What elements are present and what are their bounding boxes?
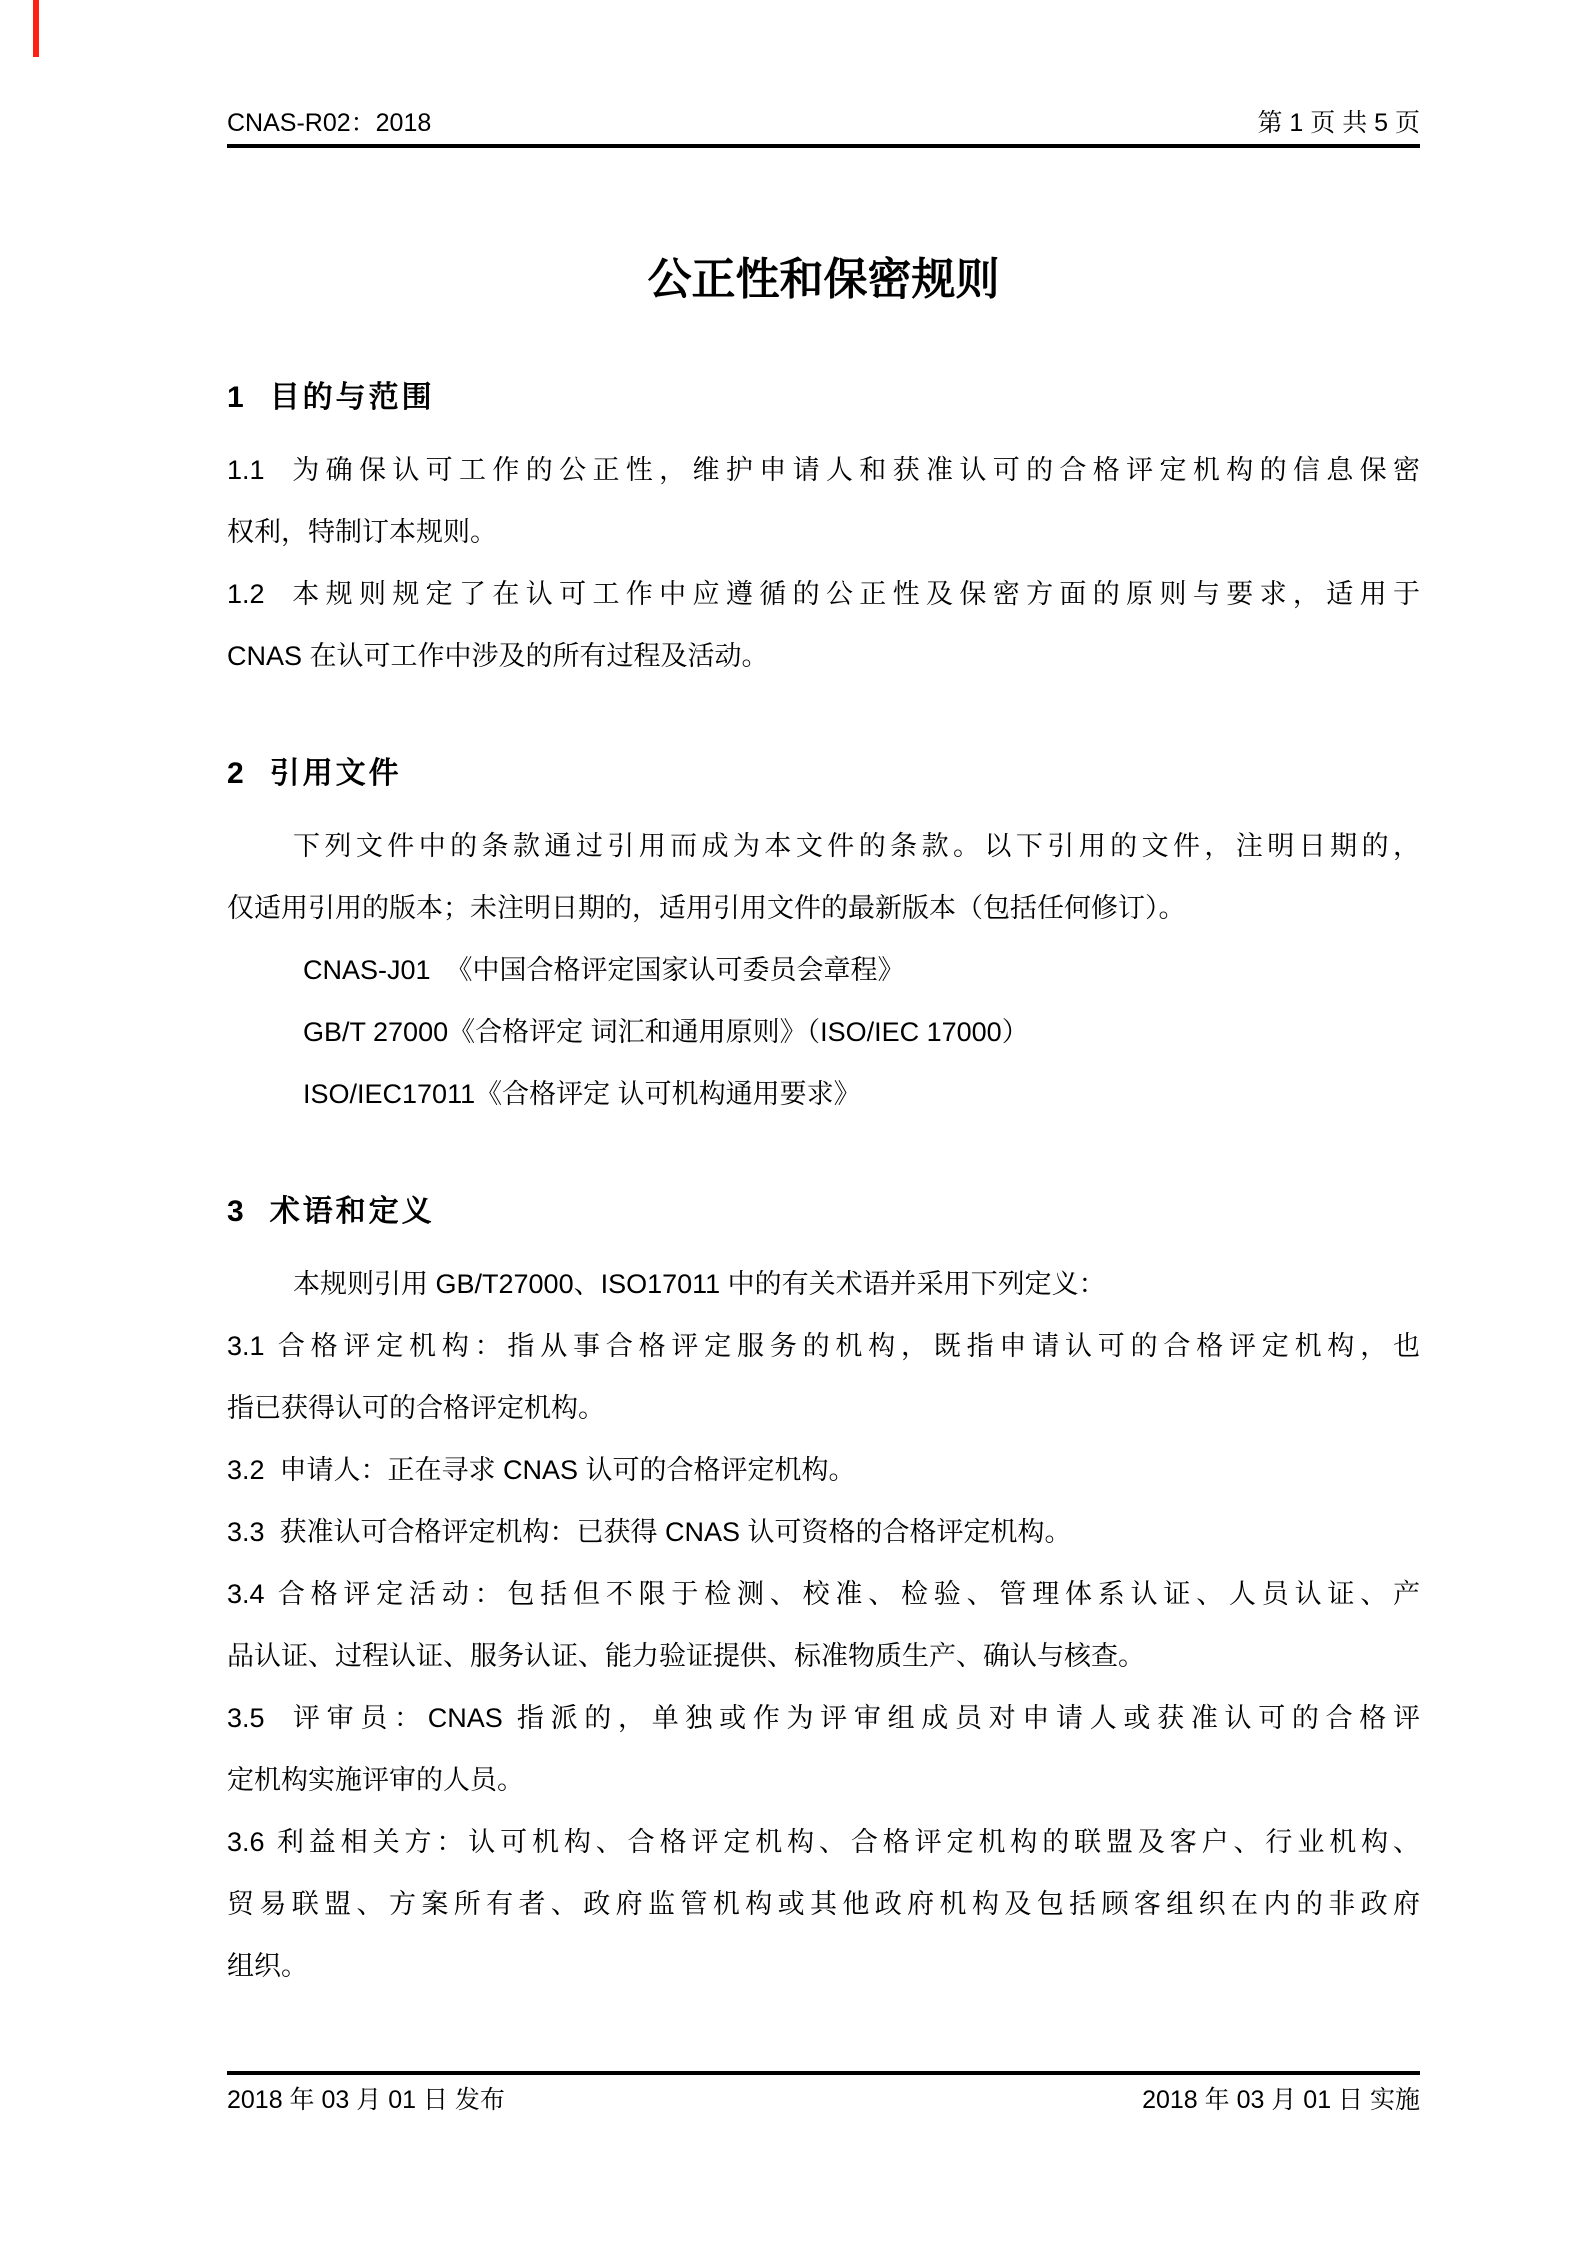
text-line: 3.4 合格评定活动：包括但不限于检测、校准、检验、管理体系认证、人员认证、产 <box>227 1563 1420 1625</box>
paragraph: 3.5 评审员：CNAS 指派的，单独或作为评审组成员对申请人或获准认可的合格评… <box>227 1687 1420 1811</box>
text-line: 下列文件中的条款通过引用而成为本文件的条款。以下引用的文件，注明日期的， <box>227 815 1420 877</box>
document-title: 公正性和保密规则 <box>227 249 1420 311</box>
red-edge-mark <box>33 0 39 57</box>
section-title: 引用文件 <box>270 757 402 790</box>
document-blocks: 1目的与范围1.1 为确保认可工作的公正性，维护申请人和获准认可的合格评定机构的… <box>227 367 1420 1997</box>
reference-line: GB/T 27000《合格评定 词汇和通用原则》（ISO/IEC 17000） <box>227 1001 1420 1063</box>
paragraph: 3.1 合格评定机构：指从事合格评定服务的机构，既指申请认可的合格评定机构，也指… <box>227 1315 1420 1439</box>
text-line: 1.2 本规则规定了在认可工作中应遵循的公正性及保密方面的原则与要求，适用于 <box>227 563 1420 625</box>
reference-line: CNAS-J01 《中国合格评定国家认可委员会章程》 <box>227 939 1420 1001</box>
page-header: CNAS-R02：2018 第 1 页 共 5 页 <box>227 104 1420 148</box>
text-line: 3.6 利益相关方：认可机构、合格评定机构、合格评定机构的联盟及客户、行业机构、 <box>227 1811 1420 1873</box>
page-number: 第 1 页 共 5 页 <box>1257 104 1420 142</box>
text-line: 指已获得认可的合格评定机构。 <box>227 1377 1420 1439</box>
section-heading: 1目的与范围 <box>227 367 1420 429</box>
paragraph: 3.3 获准认可合格评定机构：已获得 CNAS 认可资格的合格评定机构。 <box>227 1501 1420 1563</box>
section-heading: 2引用文件 <box>227 743 1420 805</box>
text-line: CNAS 在认可工作中涉及的所有过程及活动。 <box>227 625 1420 687</box>
page-footer: 2018 年 03 月 01 日 发布 2018 年 03 月 01 日 实施 <box>227 2071 1420 2117</box>
paragraph: 3.2 申请人：正在寻求 CNAS 认可的合格评定机构。 <box>227 1439 1420 1501</box>
footer-implementation-date: 2018 年 03 月 01 日 实施 <box>1142 2083 1420 2117</box>
section-number: 2 <box>227 757 244 790</box>
paragraph: 3.6 利益相关方：认可机构、合格评定机构、合格评定机构的联盟及客户、行业机构、… <box>227 1811 1420 1997</box>
text-line: 本规则引用 GB/T27000、ISO17011 中的有关术语并采用下列定义： <box>227 1253 1420 1315</box>
document-body: 公正性和保密规则 1目的与范围1.1 为确保认可工作的公正性，维护申请人和获准认… <box>227 249 1420 1997</box>
text-line: 1.1 为确保认可工作的公正性，维护申请人和获准认可的合格评定机构的信息保密 <box>227 439 1420 501</box>
text-line: 组织。 <box>227 1935 1420 1997</box>
text-line: 仅适用引用的版本；未注明日期的，适用引用文件的最新版本（包括任何修订）。 <box>227 877 1420 939</box>
text-line: 3.2 申请人：正在寻求 CNAS 认可的合格评定机构。 <box>227 1439 1420 1501</box>
section-title: 目的与范围 <box>270 381 435 414</box>
section-number: 3 <box>227 1195 244 1228</box>
paragraph: 1.2 本规则规定了在认可工作中应遵循的公正性及保密方面的原则与要求，适用于CN… <box>227 563 1420 687</box>
doc-code: CNAS-R02：2018 <box>227 104 431 142</box>
text-line: 3.3 获准认可合格评定机构：已获得 CNAS 认可资格的合格评定机构。 <box>227 1501 1420 1563</box>
text-line: 定机构实施评审的人员。 <box>227 1749 1420 1811</box>
text-line: 3.5 评审员：CNAS 指派的，单独或作为评审组成员对申请人或获准认可的合格评 <box>227 1687 1420 1749</box>
paragraph: 1.1 为确保认可工作的公正性，维护申请人和获准认可的合格评定机构的信息保密权利… <box>227 439 1420 563</box>
text-line: 权利，特制订本规则。 <box>227 501 1420 563</box>
footer-release-date: 2018 年 03 月 01 日 发布 <box>227 2083 505 2117</box>
paragraph: 本规则引用 GB/T27000、ISO17011 中的有关术语并采用下列定义： <box>227 1253 1420 1315</box>
text-line: 贸易联盟、方案所有者、政府监管机构或其他政府机构及包括顾客组织在内的非政府 <box>227 1873 1420 1935</box>
paragraph: 3.4 合格评定活动：包括但不限于检测、校准、检验、管理体系认证、人员认证、产品… <box>227 1563 1420 1687</box>
section-number: 1 <box>227 381 244 414</box>
paragraph: 下列文件中的条款通过引用而成为本文件的条款。以下引用的文件，注明日期的，仅适用引… <box>227 815 1420 939</box>
reference-line: ISO/IEC17011《合格评定 认可机构通用要求》 <box>227 1063 1420 1125</box>
section-heading: 3术语和定义 <box>227 1181 1420 1243</box>
text-line: 品认证、过程认证、服务认证、能力验证提供、标准物质生产、确认与核查。 <box>227 1625 1420 1687</box>
section-title: 术语和定义 <box>270 1195 435 1228</box>
text-line: 3.1 合格评定机构：指从事合格评定服务的机构，既指申请认可的合格评定机构，也 <box>227 1315 1420 1377</box>
document-page: CNAS-R02：2018 第 1 页 共 5 页 公正性和保密规则 1目的与范… <box>0 0 1587 2245</box>
